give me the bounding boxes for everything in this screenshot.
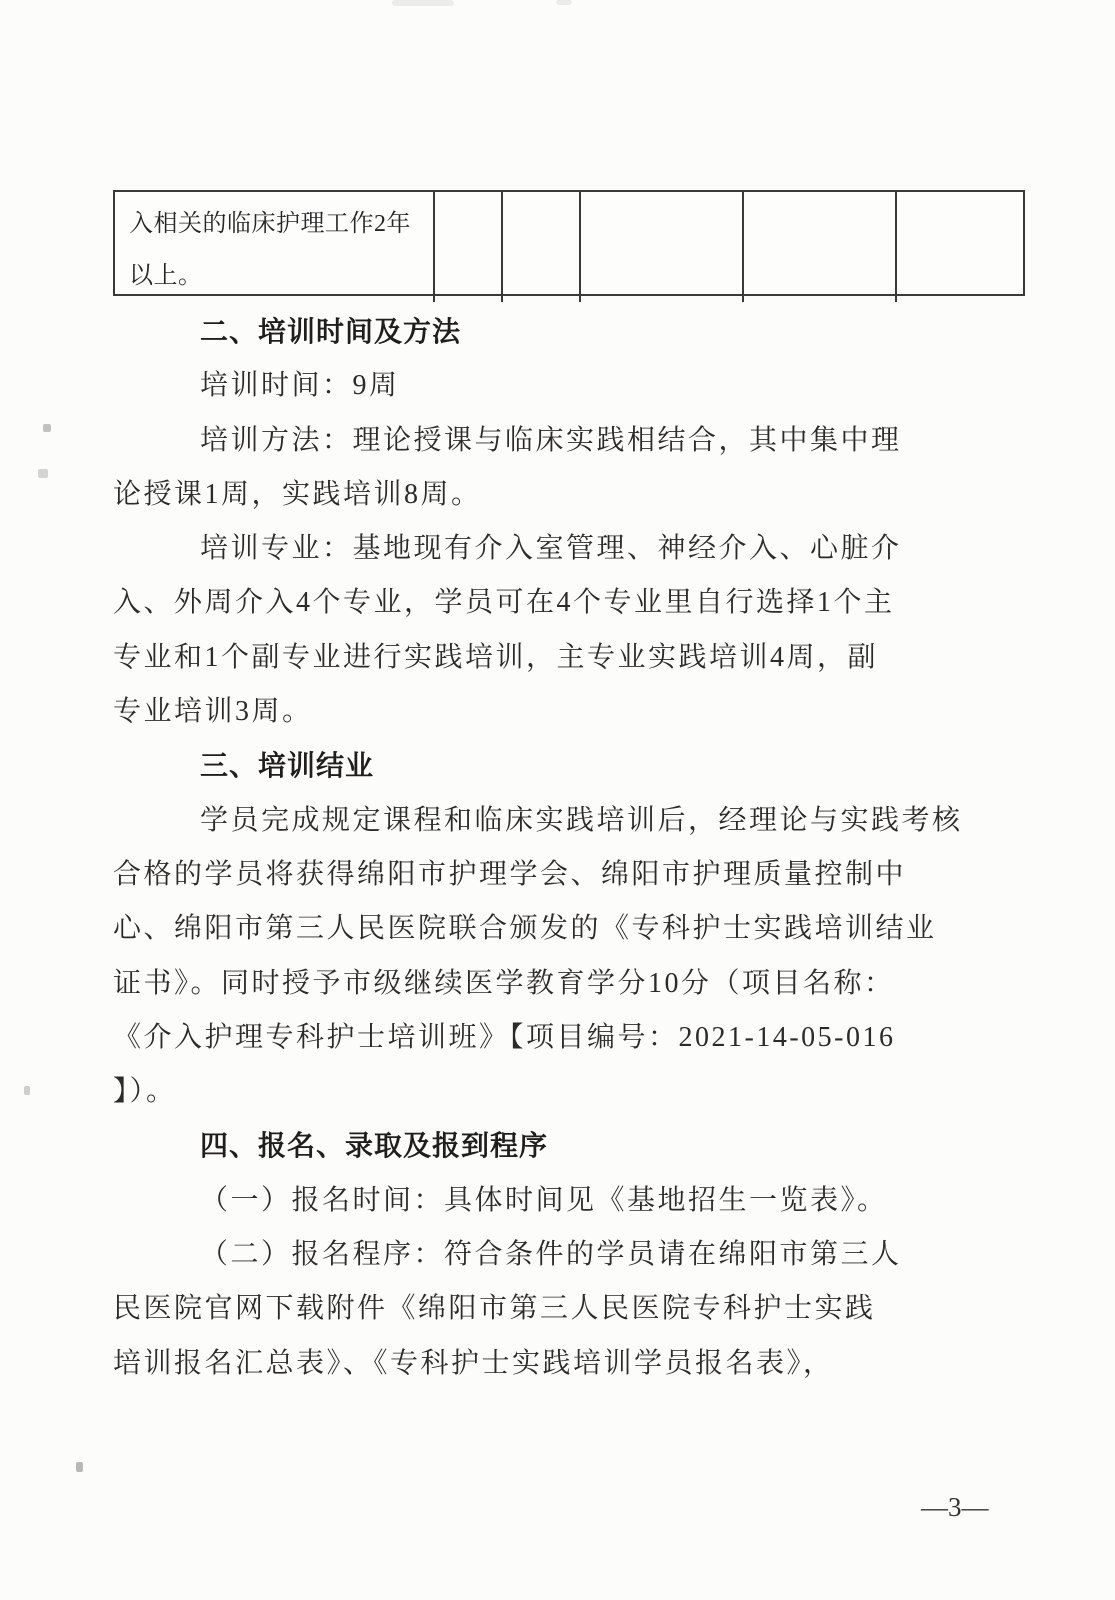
text-line: 证书》。同时授予市级继续医学教育学分10分（项目名称： [113, 957, 1028, 1011]
document-body: 二、培训时间及方法 培训时间：9周 培训方法：理论授课与临床实践相结合，其中集中… [113, 305, 1028, 1391]
scan-smudge [392, 0, 454, 6]
table-cell [503, 192, 581, 302]
scan-speck [76, 1462, 83, 1472]
text-line: 论授课1周，实践培训8周。 [113, 468, 1028, 522]
table-cell [435, 192, 503, 302]
table-cell: 入相关的临床护理工作2年 以上。 [115, 192, 435, 302]
text-line: 专业培训3周。 [113, 685, 1028, 739]
scan-smudge [556, 0, 572, 5]
text-line: 《介入护理专科护士培训班》【项目编号：2021-14-05-016 [113, 1011, 1028, 1065]
text-line: （二）报名程序：符合条件的学员请在绵阳市第三人 [113, 1228, 1028, 1282]
text-line: （一）报名时间：具体时间见《基地招生一览表》。 [113, 1174, 1028, 1228]
text-line: 专业和1个副专业进行实践培训，主专业实践培训4周，副 [113, 631, 1028, 685]
scan-speck [38, 469, 48, 478]
text-line: 学员完成规定课程和临床实践培训后，经理论与实践考核 [113, 794, 1028, 848]
criteria-table: 入相关的临床护理工作2年 以上。 [113, 190, 1025, 296]
scan-speck [24, 1086, 30, 1095]
section-heading-2: 二、培训时间及方法 [113, 305, 1028, 359]
section-heading-4: 四、报名、录取及报到程序 [113, 1119, 1028, 1173]
table-cell [581, 192, 744, 302]
table-cell-text: 入相关的临床护理工作2年 [129, 198, 433, 250]
text-line: 合格的学员将获得绵阳市护理学会、绵阳市护理质量控制中 [113, 848, 1028, 902]
text-line: 民医院官网下载附件《绵阳市第三人民医院专科护士实践 [113, 1282, 1028, 1336]
document-page: 入相关的临床护理工作2年 以上。 二、培训时间及方法 培训时间：9周 培训方法：… [0, 0, 1115, 1600]
table-cell [744, 192, 897, 302]
text-line: 入、外周介入4个专业，学员可在4个专业里自行选择1个主 [113, 576, 1028, 630]
text-line: 培训时间：9周 [113, 359, 1028, 413]
text-line: 】）。 [113, 1065, 1028, 1119]
table-cell-text: 以上。 [129, 250, 433, 302]
text-line: 心、绵阳市第三人民医院联合颁发的《专科护士实践培训结业 [113, 902, 1028, 956]
text-line: 培训报名汇总表》、《专科护士实践培训学员报名表》， [113, 1337, 1028, 1391]
table-cell [897, 192, 1023, 302]
page-number: —3— [921, 1492, 989, 1523]
text-line: 培训方法：理论授课与临床实践相结合，其中集中理 [113, 414, 1028, 468]
section-heading-3: 三、培训结业 [113, 739, 1028, 793]
text-line: 培训专业：基地现有介入室管理、神经介入、心脏介 [113, 522, 1028, 576]
scan-speck [43, 424, 51, 432]
